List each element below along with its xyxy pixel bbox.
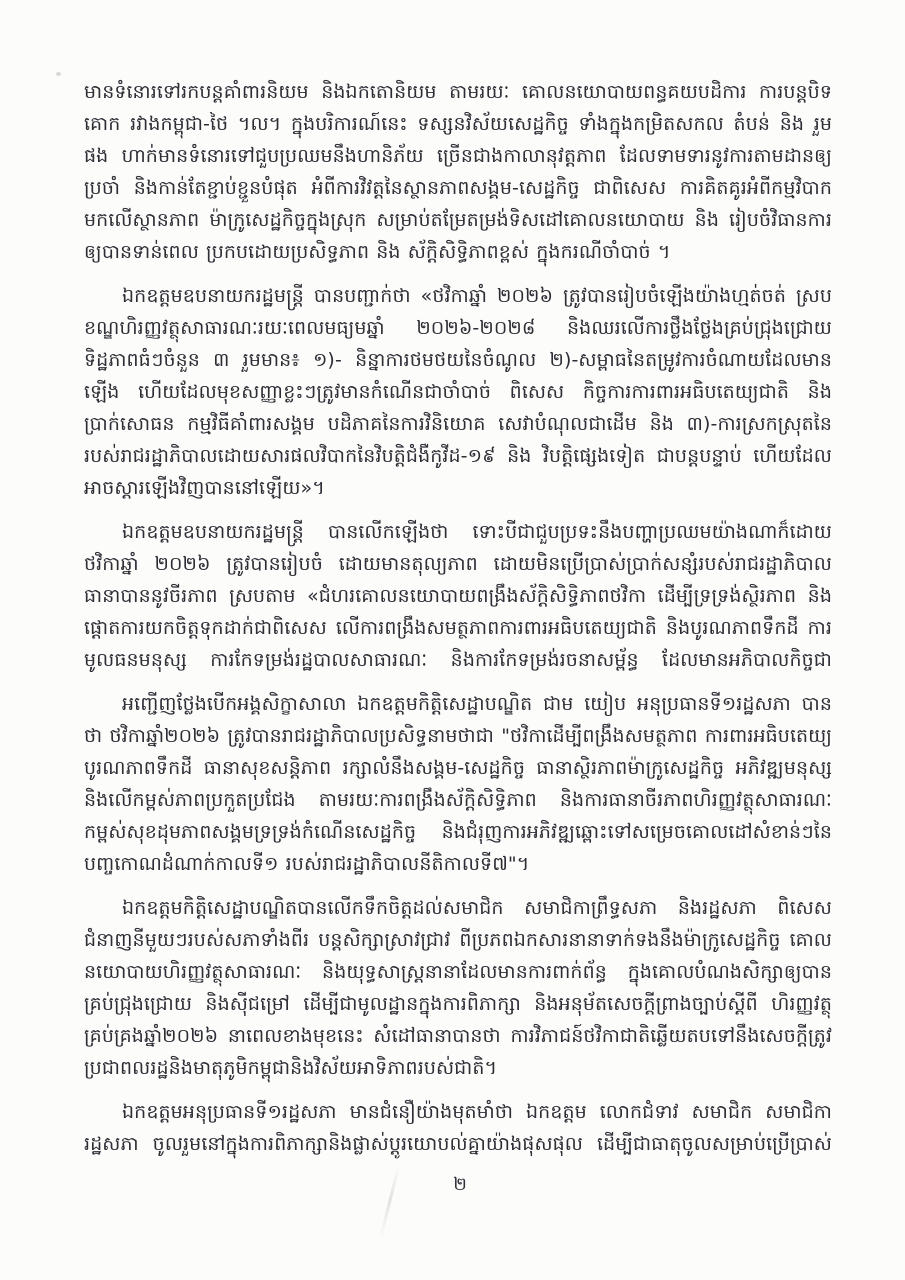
- text-line: គោក រវាងកម្ពុជា-ថៃ ។ល។ ក្នុងបរិការណ៍នេះ …: [84, 108, 832, 140]
- text-line: ឯកឧត្តមឧបនាយករដ្ឋមន្ត្រី បានលើកឡើងថា ទោះ…: [84, 516, 832, 548]
- text-line: ថា ថវិកាឆ្នាំ២០២៦ ត្រូវបានរាជរដ្ឋាភិបាលប…: [84, 720, 832, 752]
- paragraph: ឯកឧត្តមឧបនាយករដ្ឋមន្ត្រី បានបញ្ជាក់ថា «ថ…: [84, 280, 832, 504]
- text-line: ផង ហាក់មានទំនោរទៅជួបប្រឈមនឹងហានិភ័យ ច្រើ…: [84, 140, 832, 172]
- text-line: មកលើស្ថានភាព ម៉ាក្រូសេដ្ឋកិច្ចក្នុងស្រុក…: [84, 204, 832, 236]
- text-line: ទិដ្ឋភាពធំៗចំនួន ៣ រួមមាន៖ ១)- និន្នាការ…: [84, 344, 832, 376]
- text-line: កម្ពស់សុខដុមភាពសង្គមទ្រទ្រង់កំណើនសេដ្ឋកិ…: [84, 816, 832, 848]
- text-line: ខណ្ឌហិរញ្ញវត្ថុសាធារណៈរយៈពេលមធ្យមឆ្នាំ ២…: [84, 312, 832, 344]
- paragraph: អញ្ជើញថ្លែងបើកអង្គសិក្ខាសាលា ឯកឧត្តមកិត្…: [84, 688, 832, 880]
- text-line: ធានាបាននូវចីរភាព ស្របតាម «ជំហរគោលនយោបាយព…: [84, 580, 832, 612]
- scanned-document-page: មានទំនោរទៅរកបន្តគាំពារនិយម និងឯកតោនិយម ត…: [0, 0, 905, 1280]
- text-line: គ្រប់គ្រងឆ្នាំ២០២៦ នាពេលខាងមុខនេះ សំដៅធា…: [84, 1020, 832, 1052]
- text-line: អាចស្ដារឡើងវិញបាននៅឡើយ»។: [84, 472, 832, 504]
- text-line: និងលើកម្ពស់ភាពប្រកួតប្រជែង តាមរយៈការពង្រ…: [84, 784, 832, 816]
- text-line: ផ្តោតការយកចិត្តទុកដាក់ជាពិសេស លើការពង្រឹ…: [84, 612, 832, 644]
- scan-smudge: [379, 1166, 400, 1239]
- text-line: ឯកឧត្តមឧបនាយករដ្ឋមន្ត្រី បានបញ្ជាក់ថា «ថ…: [84, 280, 832, 312]
- text-line: ឯកឧត្តមកិត្តិសេដ្ឋាបណ្ឌិតបានលើកទឹកចិត្តដ…: [84, 892, 832, 924]
- text-line: ឯកឧត្តមអនុប្រធានទី១រដ្ឋសភា មានជំនឿយ៉ាងមុ…: [84, 1096, 832, 1128]
- scan-speck: [56, 72, 61, 76]
- text-line: របស់រាជរដ្ឋាភិបាលដោយសារផលវិបាកនៃវិបត្តិជ…: [84, 440, 832, 472]
- text-line: មានទំនោរទៅរកបន្តគាំពារនិយម និងឯកតោនិយម ត…: [84, 76, 832, 108]
- text-line: ប្រាក់សោធន កម្មវិធីគាំពារសង្គម បដិភាគនៃក…: [84, 408, 832, 440]
- text-line: អញ្ជើញថ្លែងបើកអង្គសិក្ខាសាលា ឯកឧត្តមកិត្…: [84, 688, 832, 720]
- text-line: មូលធនមនុស្ស ការកែទម្រង់រដ្ឋបាលសាធារណៈ និ…: [84, 644, 832, 676]
- text-line: គ្រប់ជ្រុងជ្រោយ និងស៊ីជម្រៅ ដើម្បីជាមូលដ…: [84, 988, 832, 1020]
- text-line: ប្រចាំ និងកាន់តែខ្ជាប់ខ្ជួនបំផុត អំពីការ…: [84, 172, 832, 204]
- paragraph: មានទំនោរទៅរកបន្តគាំពារនិយម និងឯកតោនិយម ត…: [84, 76, 832, 268]
- text-line: ប្រជាពលរដ្ឋនិងមាតុភូមិកម្ពុជានិងវិស័យអាទ…: [84, 1052, 832, 1084]
- paragraph: ឯកឧត្តមឧបនាយករដ្ឋមន្ត្រី បានលើកឡើងថា ទោះ…: [84, 516, 832, 676]
- text-line: ឲ្យបានទាន់ពេល ប្រកបដោយប្រសិទ្ធភាព និង ស័…: [84, 236, 832, 268]
- text-line: នយោបាយហិរញ្ញវត្ថុសាធារណៈ និងយុទ្ធសាស្ត្រ…: [84, 956, 832, 988]
- document-body: មានទំនោរទៅរកបន្តគាំពារនិយម និងឯកតោនិយម ត…: [84, 76, 832, 1160]
- paragraph: ឯកឧត្តមអនុប្រធានទី១រដ្ឋសភា មានជំនឿយ៉ាងមុ…: [84, 1096, 832, 1160]
- text-line: ឡើង ហើយដែលមុខសញ្ញាខ្លះៗត្រូវមានកំណើនជាចា…: [84, 376, 832, 408]
- text-line: ជំនាញនីមួយៗរបស់សភាទាំងពីរ បន្តសិក្សាស្រា…: [84, 924, 832, 956]
- page-number: ២: [440, 1172, 480, 1199]
- text-line: បូរណភាពទឹកដី ធានាសុខសន្តិភាព រក្សាលំនឹងស…: [84, 752, 832, 784]
- text-line: ថវិកាឆ្នាំ ២០២៦ ត្រូវបានរៀបចំ ដោយមានតុល្…: [84, 548, 832, 580]
- text-line: រដ្ឋសភា ចូលរួមនៅក្នុងការពិភាក្សានិងផ្លាស…: [84, 1128, 832, 1160]
- text-line: បញ្ចកោណដំណាក់កាលទី១ របស់រាជរដ្ឋាភិបាលនីត…: [84, 848, 832, 880]
- paragraph: ឯកឧត្តមកិត្តិសេដ្ឋាបណ្ឌិតបានលើកទឹកចិត្តដ…: [84, 892, 832, 1084]
